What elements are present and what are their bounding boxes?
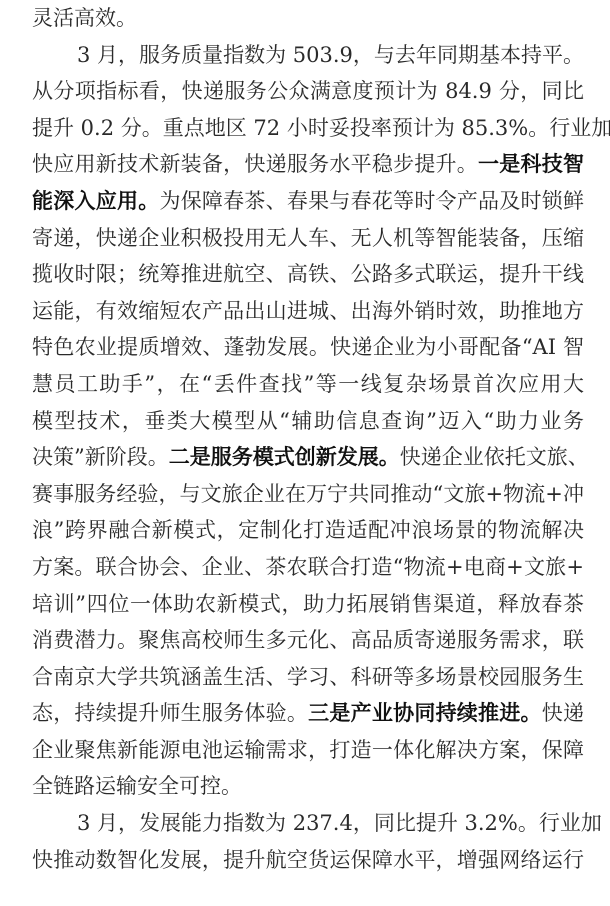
body-text: 合南京大学共筑涵盖生活、学习、科研等多场景校园服务生: [32, 665, 584, 689]
text-line: 全链路运输安全可控。: [32, 768, 584, 805]
body-text: 快推动数智化发展，提升航空货运保障水平，增强网络运行: [32, 848, 584, 872]
text-line: 合南京大学共筑涵盖生活、学习、科研等多场景校园服务生: [32, 659, 584, 696]
text-line: 消费潜力。聚焦高校师生多元化、高品质寄递服务需求，联: [32, 622, 584, 659]
text-line: 3 月，发展能力指数为 237.4，同比提升 3.2%。行业加: [32, 805, 584, 842]
text-line: 慧员工助手”，在“丢件查找”等一线复杂场景首次应用大: [32, 366, 584, 403]
body-text: 快应用新技术新装备，快递服务水平稳步提升。: [32, 152, 478, 176]
body-text: 消费潜力。聚焦高校师生多元化、高品质寄递服务需求，联: [32, 628, 584, 652]
text-line: 3 月，服务质量指数为 503.9，与去年同期基本持平。: [32, 37, 584, 74]
body-text: 慧员工助手”，在“丢件查找”等一线复杂场景首次应用大: [32, 372, 584, 396]
body-text: 企业聚焦新能源电池运输需求，打造一体化解决方案，保障: [32, 738, 584, 762]
text-line: 从分项指标看，快递服务公众满意度预计为 84.9 分，同比: [32, 73, 584, 110]
body-text: 决策”新阶段。: [32, 445, 169, 469]
text-line: 寄递，快递企业积极投用无人车、无人机等智能装备，压缩: [32, 220, 584, 257]
document-page: 灵活高效。3 月，服务质量指数为 503.9，与去年同期基本持平。从分项指标看，…: [32, 0, 584, 878]
body-text: 提升 0.2 分。重点地区 72 小时妥投率预计为 85.3%。行业加: [32, 116, 610, 140]
text-line: 提升 0.2 分。重点地区 72 小时妥投率预计为 85.3%。行业加: [32, 110, 584, 147]
text-line: 模型技术，垂类大模型从“辅助信息查询”迈入“助力业务: [32, 403, 584, 440]
body-text: 培训”四位一体助农新模式，助力拓展销售渠道，释放春茶: [32, 592, 584, 616]
body-text: 快递企业依托文旅、: [400, 445, 589, 469]
body-text: 3 月，服务质量指数为 503.9，与去年同期基本持平。: [77, 43, 584, 67]
text-line: 能深入应用。为保障春茶、春果与春花等时令产品及时锁鲜: [32, 183, 584, 220]
text-line: 运能，有效缩短农产品出山进城、出海外销时效，助推地方: [32, 293, 584, 330]
body-text: 3 月，发展能力指数为 237.4，同比提升 3.2%。行业加: [77, 811, 602, 835]
text-line: 企业聚焦新能源电池运输需求，打造一体化解决方案，保障: [32, 732, 584, 769]
text-line: 培训”四位一体助农新模式，助力拓展销售渠道，释放春茶: [32, 586, 584, 623]
body-text: 方案。联合协会、企业、茶农联合打造“物流+电商+文旅+: [32, 555, 584, 579]
body-text: 特色农业提质增效、蓬勃发展。快递企业为小哥配备“AI 智: [32, 335, 584, 359]
text-line: 灵活高效。: [32, 0, 584, 37]
bold-heading-phrase: 一是科技智: [478, 152, 584, 176]
body-text: 寄递，快递企业积极投用无人车、无人机等智能装备，压缩: [32, 226, 584, 250]
body-text: 揽收时限；统筹推进航空、高铁、公路多式联运，提升干线: [32, 262, 584, 286]
text-line: 快推动数智化发展，提升航空货运保障水平，增强网络运行: [32, 842, 584, 879]
text-line: 快应用新技术新装备，快递服务水平稳步提升。一是科技智: [32, 146, 584, 183]
body-text: 快递: [542, 701, 584, 725]
text-line: 决策”新阶段。二是服务模式创新发展。快递企业依托文旅、: [32, 439, 584, 476]
text-line: 揽收时限；统筹推进航空、高铁、公路多式联运，提升干线: [32, 256, 584, 293]
text-line: 赛事服务经验，与文旅企业在万宁共同推动“文旅+物流+冲: [32, 476, 584, 513]
body-text: 浪”跨界融合新模式，定制化打造适配冲浪场景的物流解决: [32, 518, 584, 542]
body-text: 运能，有效缩短农产品出山进城、出海外销时效，助推地方: [32, 299, 584, 323]
text-line: 特色农业提质增效、蓬勃发展。快递企业为小哥配备“AI 智: [32, 329, 584, 366]
bold-heading-phrase: 能深入应用。: [32, 189, 159, 213]
body-text: 模型技术，垂类大模型从“辅助信息查询”迈入“助力业务: [32, 409, 584, 433]
body-text: 从分项指标看，快递服务公众满意度预计为 84.9 分，同比: [32, 79, 584, 103]
body-text: 灵活高效。: [32, 6, 137, 30]
bold-heading-phrase: 三是产业协同持续推进。: [308, 701, 542, 725]
bold-heading-phrase: 二是服务模式创新发展。: [169, 445, 400, 469]
text-line: 浪”跨界融合新模式，定制化打造适配冲浪场景的物流解决: [32, 512, 584, 549]
body-text: 赛事服务经验，与文旅企业在万宁共同推动“文旅+物流+冲: [32, 482, 584, 506]
body-text: 全链路运输安全可控。: [32, 774, 242, 798]
text-line: 方案。联合协会、企业、茶农联合打造“物流+电商+文旅+: [32, 549, 584, 586]
body-text: 为保障春茶、春果与春花等时令产品及时锁鲜: [159, 189, 584, 213]
body-text: 态，持续提升师生服务体验。: [32, 701, 308, 725]
text-line: 态，持续提升师生服务体验。三是产业协同持续推进。快递: [32, 695, 584, 732]
